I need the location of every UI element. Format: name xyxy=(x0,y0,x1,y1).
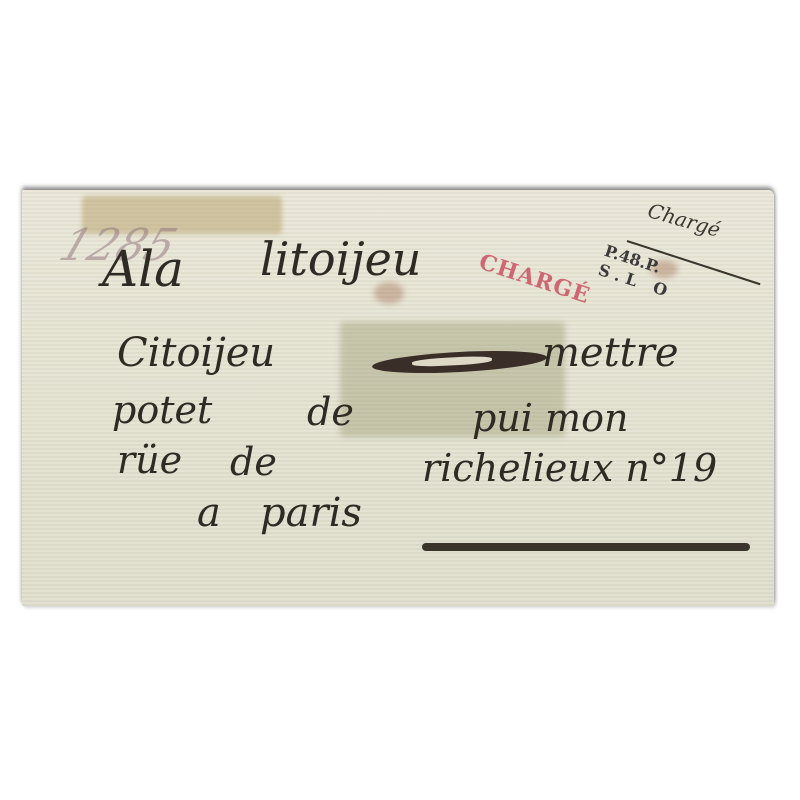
manuscript-charge-note: Chargé xyxy=(645,198,723,242)
address-line5-a: a xyxy=(197,490,221,536)
address-line4-c: richelieux n°19 xyxy=(422,446,717,490)
address-line4-b: de xyxy=(230,440,277,484)
address-line3-a: potet xyxy=(112,388,212,432)
folded-letter: 1285 Ala litoijeu CHARGÉ P.48.P. S.L O C… xyxy=(22,190,774,606)
address-line3-b: de xyxy=(307,390,354,434)
address-line5-b: paris xyxy=(260,490,362,536)
address-line3-c: pui mon xyxy=(472,396,628,440)
charge-stamp: CHARGÉ xyxy=(476,249,594,309)
address-underline xyxy=(422,543,750,551)
address-line1-b: litoijeu xyxy=(260,232,421,286)
address-line2-a: Citoijeu xyxy=(117,330,275,376)
address-line4-a: rüe xyxy=(117,438,182,482)
address-line1-a: Ala xyxy=(102,240,184,298)
address-line2-b: mettre xyxy=(542,330,679,376)
postmark: P.48.P. S.L O xyxy=(596,241,682,303)
